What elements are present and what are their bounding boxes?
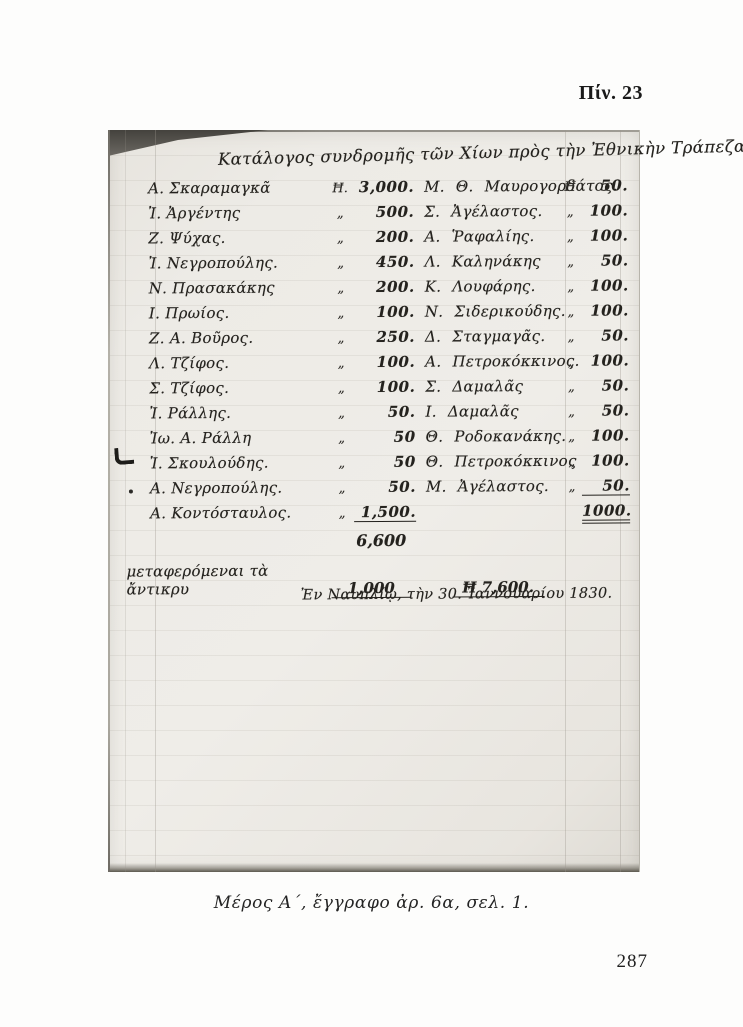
entry-cell: „ — [329, 381, 353, 396]
entry-row: Σ. Τζίφος.„100.Σ. Δαμαλᾶς„50. — [107, 376, 639, 404]
entry-cell: „ — [329, 331, 353, 346]
entry-cell: „ — [561, 405, 581, 420]
entry-cell: „ — [561, 280, 581, 295]
entry-cell — [426, 516, 562, 517]
entry-row: Α. Κοντόσταυλος.„1,500.1000. — [108, 501, 640, 529]
entry-cell: 200. — [353, 278, 415, 296]
entry-cell: Ἰ. Σκουλούδης. — [150, 453, 330, 472]
entry-cell: Α. Νεγροπούλης. — [150, 478, 330, 497]
entries-rows: Α. ΣκαραμαγκᾶĦ.3,000.Μ. Θ. Μαυρογορδάτος… — [106, 176, 640, 529]
entry-cell: „ — [329, 306, 353, 321]
entry-cell: 1000. — [582, 501, 630, 523]
entry-row: Ἰ. Ἀργέντης„500.Σ. Ἀγέλαστος.„100. — [106, 201, 638, 229]
entry-cell: Ἰ. Ἀργέντης — [148, 203, 328, 222]
entry-row: Α. Νεγροπούλης.„50.Μ. Ἀγέλαστος.„50. — [108, 476, 640, 504]
margin-bracket-mark — [114, 447, 134, 465]
entry-cell: Κ. Λουφάρης. — [425, 277, 561, 296]
entry-cell: 100. — [581, 301, 629, 319]
entry-cell: „ — [560, 255, 580, 270]
entry-cell: Ἰω. Α. Ράλλη — [150, 428, 330, 447]
entry-cell: Θ. Πετροκόκκινος — [426, 452, 562, 471]
entry-cell: 50. — [581, 326, 629, 344]
entry-cell: Σ. Δαμαλᾶς — [425, 377, 561, 396]
entry-cell: 1,500. — [354, 503, 416, 522]
entry-cell: Α. Κοντόσταυλος. — [150, 503, 330, 522]
entry-cell: Σ. Τζίφος. — [149, 378, 329, 397]
entry-cell: 100. — [353, 378, 415, 396]
entry-cell: „ — [561, 355, 581, 370]
entry-cell: 50. — [354, 478, 416, 496]
entry-cell: „ — [329, 356, 353, 371]
manuscript-content: Κατάλογος συνδρομῆς τῶν Χίων πρὸς τὴν Ἐθ… — [106, 128, 643, 873]
figure-caption: Μέρος Α΄, ἔγγραφο ἀρ. 6α, σελ. 1. — [0, 893, 743, 913]
entry-cell: 50 — [354, 453, 416, 471]
entry-cell: 50. — [582, 476, 630, 495]
entry-cell: Α. Πετροκόκκινος. — [425, 352, 561, 371]
entry-cell: Α. Σκαραμαγκᾶ — [148, 178, 328, 197]
entry-cell: Ἰ. Ράλλης. — [149, 403, 329, 422]
entry-cell: 100. — [580, 201, 628, 219]
entry-cell: 50. — [581, 401, 629, 419]
entry-cell: Ħ. — [328, 181, 352, 196]
entry-cell: „ — [560, 205, 580, 220]
entry-cell: Σ. Ἀγέλαστος. — [424, 202, 560, 221]
entry-cell: „ — [330, 481, 354, 496]
entry-cell: Ν. Σιδερικούδης. — [425, 302, 561, 321]
entry-cell: Λ. Τζίφος. — [149, 353, 329, 372]
entry-cell: Ζ. Ψύχας. — [148, 228, 328, 247]
entry-cell: 50. — [580, 251, 628, 269]
entry-row: Λ. Τζίφος.„100.Α. Πετροκόκκινος.„100. — [107, 351, 639, 379]
entry-cell: 200. — [352, 228, 414, 246]
entry-row: Ν. Πρασακάκης„200.Κ. Λουφάρης.„100. — [107, 276, 639, 304]
entry-row: Ι. Πρωίος.„100.Ν. Σιδερικούδης.„100. — [107, 301, 639, 329]
entry-cell: Ι. Πρωίος. — [149, 303, 329, 322]
entry-cell: Ν. Πρασακάκης — [149, 278, 329, 297]
entry-cell: Μ. Θ. Μαυρογορδάτος. — [424, 177, 560, 196]
left-subtotal: 6,600 — [346, 531, 416, 550]
entry-cell: 500. — [352, 203, 414, 221]
entry-cell: „ — [329, 281, 353, 296]
entry-cell: „ — [329, 256, 353, 271]
entry-cell: „ — [328, 206, 352, 221]
entry-row: Ζ. Α. Βοῦρος.„250.Δ. Σταγμαγᾶς.„50. — [107, 326, 639, 354]
entry-cell: Ζ. Α. Βοῦρος. — [149, 328, 329, 347]
entry-cell: 450. — [352, 253, 414, 271]
entry-row: Ἰω. Α. Ράλλη„50Θ. Ροδοκανάκης.„100. — [108, 426, 640, 454]
entry-cell: 50. — [580, 176, 628, 194]
entry-cell: „ — [561, 305, 581, 320]
entry-cell: „ — [562, 430, 582, 445]
entry-cell: 50. — [353, 403, 415, 421]
entry-cell: Θ. Ροδοκανάκης. — [426, 427, 562, 446]
entry-cell: 100. — [582, 451, 630, 469]
entry-cell: „ — [562, 480, 582, 495]
margin-dot-mark — [129, 489, 133, 493]
dateline: Ἐν Ναυπλίῳ, τὴν 30. Ἰαννουαρίου 1830. — [287, 585, 627, 603]
entry-cell: 250. — [353, 328, 415, 346]
entry-cell: 100. — [353, 303, 415, 321]
entry-cell: „ — [562, 455, 582, 470]
entry-cell: 100. — [581, 351, 629, 369]
entry-cell: 100. — [582, 426, 630, 444]
entry-cell: Δ. Σταγμαγᾶς. — [425, 327, 561, 346]
entry-cell: „ — [561, 330, 581, 345]
entry-cell: „ — [330, 456, 354, 471]
entry-cell: Μ. Ἀγέλαστος. — [426, 477, 562, 496]
manuscript-title: Κατάλογος συνδρομῆς τῶν Χίων πρὸς τὴν Ἐθ… — [218, 139, 630, 168]
entry-row: Ζ. Ψύχας.„200.Α. Ῥαφαλίης.„100. — [106, 226, 638, 254]
entry-cell: „ — [328, 231, 352, 246]
entry-row: Α. ΣκαραμαγκᾶĦ.3,000.Μ. Θ. Μαυρογορδάτος… — [106, 176, 638, 204]
entry-cell: Α. Ῥαφαλίης. — [424, 227, 560, 246]
manuscript-scan: Κατάλογος συνδρομῆς τῶν Χίων πρὸς τὴν Ἐθ… — [108, 130, 640, 872]
entry-cell: 100. — [581, 276, 629, 294]
entry-cell: „ — [329, 406, 353, 421]
entry-cell: 50 — [354, 428, 416, 446]
entry-cell: 100. — [580, 226, 628, 244]
entry-cell: Ἰ. Νεγροπούλης. — [148, 253, 328, 272]
entry-cell: „ — [560, 230, 580, 245]
entry-row: Ἰ. Νεγροπούλης.„450.Λ. Καληνάκης„50. — [106, 251, 638, 279]
entry-row: Ἰ. Ράλλης.„50.Ι. Δαμαλᾶς„50. — [107, 401, 639, 429]
entry-cell: Ι. Δαμαλᾶς — [425, 402, 561, 421]
entry-row: Ἰ. Σκουλούδης.„50Θ. Πετροκόκκινος„100. — [108, 451, 640, 479]
entry-cell: 100. — [353, 353, 415, 371]
entry-cell: „ — [330, 506, 354, 521]
plate-label: Πίν. 23 — [579, 82, 643, 105]
entry-cell: „ — [330, 431, 354, 446]
entry-cell: Ħ — [560, 180, 580, 195]
entry-cell: 50. — [581, 376, 629, 394]
entry-cell: „ — [561, 380, 581, 395]
page-number: 287 — [617, 951, 649, 973]
entry-cell: Λ. Καληνάκης — [424, 252, 560, 271]
entry-cell: 3,000. — [352, 178, 414, 196]
